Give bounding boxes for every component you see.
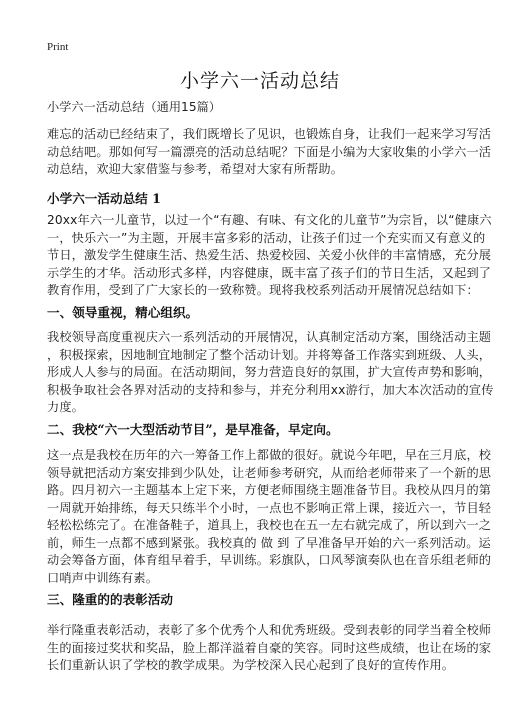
print-label: Print bbox=[47, 41, 68, 53]
text-line: 难忘的活动已经结束了，我们既增长了见识，也锻炼自身，让我们一起来学习写活 bbox=[47, 126, 477, 144]
text-line: 20xx年六一儿童节，以过一个“有趣、有味、有文化的儿童节”为宗旨，以“健康六 bbox=[47, 212, 477, 230]
section-heading: 一、领导重视，精心组织。 bbox=[47, 302, 198, 321]
document-page: Print 小学六一活动总结 小学六一活动总结（通用15篇） 难忘的活动已经结束… bbox=[0, 0, 520, 718]
section-heading: 二、我校“六一大型活动节目”，是早准备，早定向。 bbox=[47, 419, 339, 438]
text-line: 动总结吧。那如何写一篇漂亮的活动总结呢？下面是小编为大家收集的小学六一活 bbox=[47, 144, 477, 162]
article-intro-paragraph: 20xx年六一儿童节，以过一个“有趣、有味、有文化的儿童节”为宗旨，以“健康六 … bbox=[47, 212, 477, 300]
text-line: 路。四月初六一主题基本上定下来，方便老师围绕主题准备节目。我校从四月的第 bbox=[47, 482, 477, 500]
text-line: 举行隆重表彰活动，表彰了多个优秀个人和优秀班级。受到表彰的同学当着全校师 bbox=[47, 622, 477, 640]
section-heading: 三、隆重的的表彰活动 bbox=[47, 589, 173, 608]
text-line: 教育作用，受到了广大家长的一致称赞。现将我校系列活动开展情况总结如下： bbox=[47, 282, 477, 300]
section-paragraph: 举行隆重表彰活动，表彰了多个优秀个人和优秀班级。受到表彰的同学当着全校师 生的面… bbox=[47, 622, 477, 675]
text-line: 节日，激发学生健康生活、热爱生活、热爱校园、关爱小伙伴的丰富情感，充分展 bbox=[47, 247, 477, 265]
section-paragraph: 我校领导高度重视庆六一系列活动的开展情况，认真制定活动方案，围绕活动主题 ，积极… bbox=[47, 329, 477, 417]
text-line: 我校领导高度重视庆六一系列活动的开展情况，认真制定活动方案，围绕活动主题 bbox=[47, 329, 477, 347]
text-line: 长们重新认识了学校的教学成果。为学校深入民心起到了良好的宣传作用。 bbox=[47, 657, 477, 675]
intro-paragraph: 难忘的活动已经结束了，我们既增长了见识，也锻炼自身，让我们一起来学习写活 动总结… bbox=[47, 126, 477, 179]
text-line: 一周就开始排练，每天只练半个小时，一点也不影响正常上课，接近六一，节目轻 bbox=[47, 500, 477, 518]
text-line: 积极争取社会各界对活动的支持和参与，并充分利用xx游行，加大本次活动的宣传 bbox=[47, 382, 477, 400]
text-line: 示学生的才华。活动形式多样，内容健康，既丰富了孩子们的节日生活，又起到了 bbox=[47, 265, 477, 283]
text-line: 一，快乐六一”为主题，开展丰富多彩的活动，让孩子们过一个充实而又有意义的 bbox=[47, 230, 477, 248]
text-line: ，积极探索，因地制宜地制定了整个活动计划。并将筹备工作落实到班级、人头， bbox=[47, 347, 477, 365]
text-line: 动会筹备方面，体育组早着手，早训练。彩旗队，口风琴演奏队也在音乐组老师的 bbox=[47, 552, 477, 570]
text-line: 形成人人参与的局面。在活动期间，努力营造良好的氛围，扩大宣传声势和影响， bbox=[47, 364, 477, 382]
section-paragraph: 这一点是我校在历年的六一筹备工作上都做的很好。就说今年吧，早在三月底，校 领导就… bbox=[47, 447, 477, 587]
text-line: 前，师生一点都不感到紧张。我校真的 做 到 了早准备早开始的六一系列活动。运 bbox=[47, 535, 477, 553]
page-title: 小学六一活动总结 bbox=[0, 66, 520, 93]
text-line: 口哨声中训练有素。 bbox=[47, 570, 477, 588]
text-line: 力度。 bbox=[47, 399, 477, 417]
text-line: 领导就把活动方案安排到少队处，让老师参考研究，从而给老师带来了一个新的思 bbox=[47, 465, 477, 483]
text-line: 动总结，欢迎大家借鉴与参考，希望对大家有所帮助。 bbox=[47, 161, 477, 179]
document-subtitle: 小学六一活动总结（通用15篇） bbox=[47, 98, 221, 115]
article-heading: 小学六一活动总结 1 bbox=[47, 188, 161, 207]
text-line: 这一点是我校在历年的六一筹备工作上都做的很好。就说今年吧，早在三月底，校 bbox=[47, 447, 477, 465]
text-line: 轻松松练完了。在准备鞋子，道具上，我校也在五一左右就完成了，所以到六一之 bbox=[47, 517, 477, 535]
text-line: 生的面接过奖状和奖品，脸上都洋溢着自豪的笑容。同时这些成绩，也让在场的家 bbox=[47, 640, 477, 658]
